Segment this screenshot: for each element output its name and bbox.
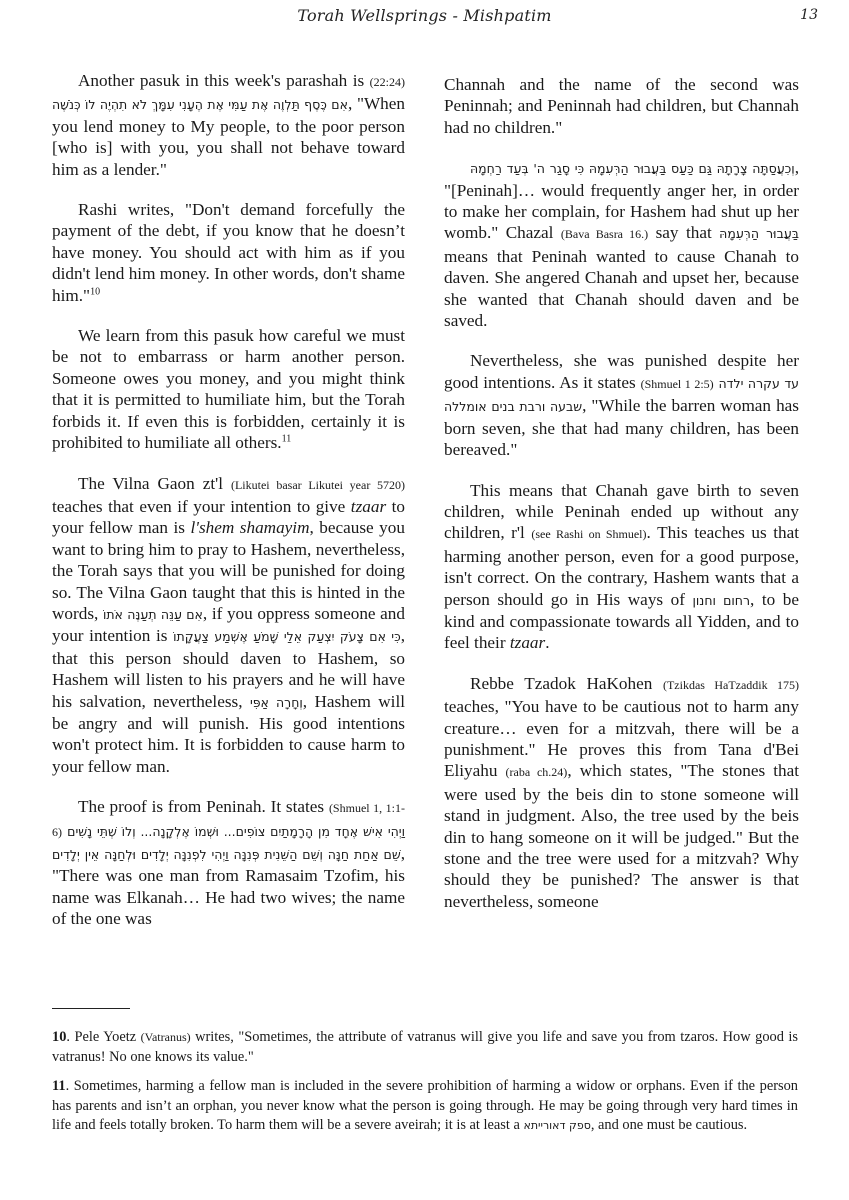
paragraph-continuation: Channah and the name of the second was P… <box>444 74 799 138</box>
source-citation: (Likutei basar Likutei year 5720) <box>231 478 405 492</box>
text: Rebbe Tzadok HaKohen <box>470 674 663 693</box>
hebrew-quote: אִם כֶּסֶף תַּלְוֶה אֶת עַמִּי אֶת הֶעָנ… <box>52 97 348 112</box>
text: Rashi writes, "Don't demand forcefully t… <box>52 200 405 305</box>
text: The Vilna Gaon zt'l <box>78 474 231 493</box>
text: . Pele Yoetz <box>66 1029 140 1045</box>
hebrew-quote: וַיְהִי אִישׁ אֶחָד מִן הָרָמָתַיִם צוֹפ… <box>52 824 405 862</box>
footnote-number: 11 <box>52 1078 66 1094</box>
paragraph-meaning: This means that Chanah gave birth to sev… <box>444 480 799 654</box>
text: Channah and the name of the second was P… <box>444 75 799 137</box>
italic-term: tzaar <box>351 497 386 516</box>
text: say that <box>648 223 719 242</box>
text: , which states, "The stones that were us… <box>444 761 799 910</box>
hebrew-quote: כִּי אִם צָעֹק יִצְעַק אֵלַי שָׁמֹעַ אֶש… <box>173 629 401 644</box>
paragraph-vilna-gaon: The Vilna Gaon zt'l (Likutei basar Likut… <box>52 473 405 778</box>
italic-term: l'shem shamayim <box>191 518 310 537</box>
page-header: Torah Wellsprings - Mishpatim 13 <box>0 0 849 40</box>
text: , and one must be cautious. <box>591 1117 747 1133</box>
source-citation: (raba ch.24) <box>506 765 568 779</box>
left-column: Another pasuk in this week's parashah is… <box>52 70 405 949</box>
footnotes: 10. Pele Yoetz (Vatranus) writes, "Somet… <box>52 1028 798 1146</box>
source-citation: (Bava Basra 16.) <box>561 227 648 241</box>
hebrew-quote: וְחָרָה אַפִּי <box>250 695 303 710</box>
footnote-ref[interactable]: 10 <box>90 286 100 297</box>
paragraph-punished: Nevertheless, she was punished despite h… <box>444 350 799 460</box>
italic-term: tzaar <box>510 633 545 652</box>
paragraph-proof-peninah: The proof is from Peninah. It states (Sh… <box>52 796 405 929</box>
paragraph-peninah-anger: וְכִעֲסַתָּה צָרָתָהּ גַּם כַּעַס בַּעֲב… <box>444 157 799 331</box>
paragraph-pasuk: Another pasuk in this week's parashah is… <box>52 70 405 180</box>
text: The proof is from Peninah. It states <box>78 797 329 816</box>
footnote-ref[interactable]: 11 <box>282 433 292 444</box>
hebrew-quote: בַּעֲבוּר הַרְּעִמָהּ <box>719 226 799 241</box>
text: means that Peninah wanted to cause Chana… <box>444 247 799 330</box>
paragraph-lesson: We learn from this pasuk how careful we … <box>52 325 405 453</box>
source-citation: (see Rashi on Shmuel) <box>531 527 646 541</box>
page-number: 13 <box>800 7 818 23</box>
hebrew-quote: וְכִעֲסַתָּה צָרָתָהּ גַּם כַּעַס בַּעֲב… <box>470 161 795 176</box>
hebrew-quote: ספק דאורייתא <box>523 1119 590 1132</box>
source-citation: (Shmuel 1 2:5) <box>641 377 714 391</box>
hebrew-quote: אִם עַנֵּה תְעַנֶּה אֹתוֹ <box>103 607 203 622</box>
source-citation: (22:24) <box>370 75 405 89</box>
text: . <box>545 633 549 652</box>
text: Another pasuk in this week's parashah is <box>78 71 370 90</box>
footnote-number: 10 <box>52 1029 66 1045</box>
paragraph-rashi: Rashi writes, "Don't demand forcefully t… <box>52 199 405 306</box>
right-column: Channah and the name of the second was P… <box>444 74 799 931</box>
footnote-11: 11. Sometimes, harming a fellow man is i… <box>52 1077 798 1136</box>
source-citation: (Vatranus) <box>141 1030 191 1044</box>
paragraph-rebbe-tzadok: Rebbe Tzadok HaKohen (Tzikdas HaTzaddik … <box>444 673 799 912</box>
text: We learn from this pasuk how careful we … <box>52 326 405 452</box>
hebrew-quote: רחום וחנון <box>693 593 751 608</box>
source-citation: (Tzikdas HaTzaddik 175) <box>663 678 799 692</box>
footnote-10: 10. Pele Yoetz (Vatranus) writes, "Somet… <box>52 1028 798 1067</box>
running-title: Torah Wellsprings - Mishpatim <box>0 6 849 25</box>
text: teaches that even if your intention to g… <box>52 497 351 516</box>
footnote-divider <box>52 1008 130 1009</box>
